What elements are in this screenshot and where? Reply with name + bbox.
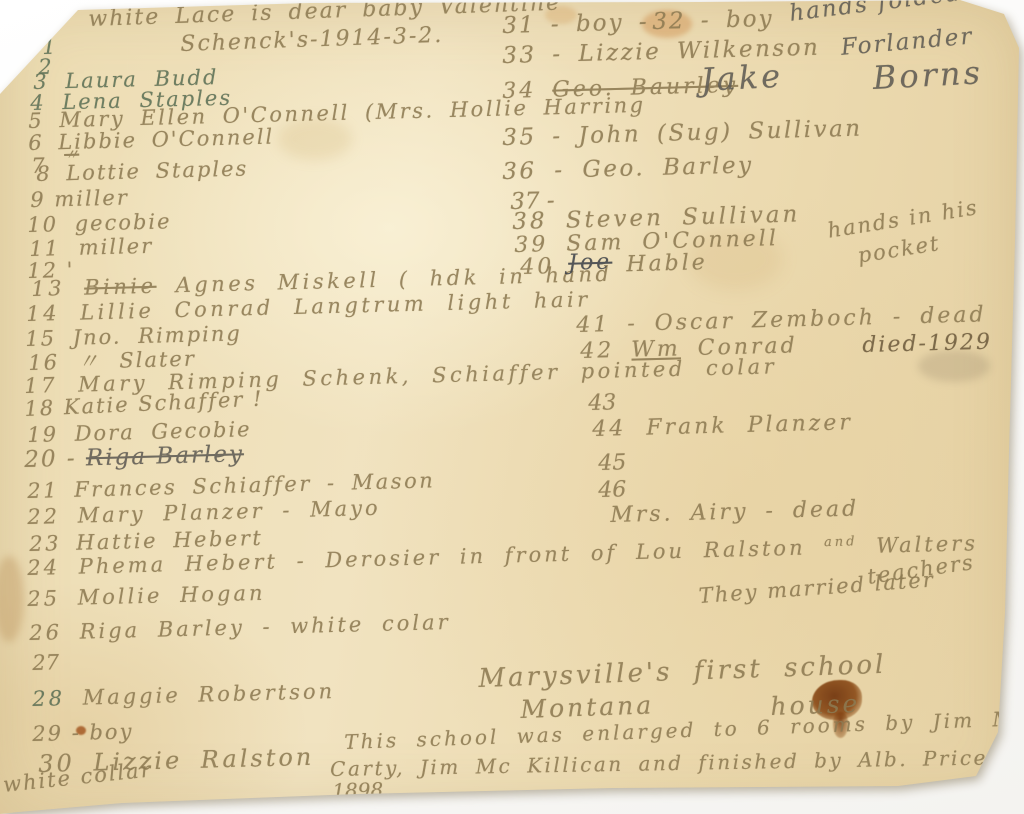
note-jake: Jake xyxy=(700,60,784,98)
note-died-1929: died-1929 xyxy=(862,331,992,357)
entry-45: 45 xyxy=(598,451,627,475)
handwriting-text: 11 miller xyxy=(29,234,154,261)
footnote-line-3: 1898. xyxy=(332,780,390,802)
entry-26: 26 Riga Barley - white colar xyxy=(29,611,451,644)
title-line-2-montana: Montana xyxy=(520,692,655,723)
handwriting-text: 45 xyxy=(598,450,627,476)
entry-36: 36 - Geo. Barley xyxy=(502,153,754,184)
handwriting-text: Joe xyxy=(568,250,613,276)
handwriting-text: Wm xyxy=(631,336,681,362)
entry-9: 9 miller xyxy=(30,186,129,211)
scan-background: white Lace is dear baby ValentineSchenck… xyxy=(0,0,1024,814)
handwriting-text: 31 - boy - xyxy=(502,9,649,39)
handwriting-text: and xyxy=(824,534,858,550)
handwriting-text: 15 Jno. Rimping xyxy=(25,321,242,351)
entry-43: 43 xyxy=(588,391,617,415)
entry-46: 46 xyxy=(598,478,627,502)
handwriting-text: 35 - John (Sug) Sullivan xyxy=(502,116,863,151)
handwriting-text: 27 xyxy=(32,650,59,675)
handwriting-text: 29 - boy xyxy=(32,719,134,746)
entry-29: 29 - boy xyxy=(32,720,134,745)
handwriting-text: 13 xyxy=(31,276,85,301)
handwriting-text: died-1929 xyxy=(862,330,992,358)
entry-35: 35 - John (Sug) Sullivan xyxy=(502,117,863,151)
handwriting-text: 46 xyxy=(598,477,627,503)
footnote-line-2: Carty, Jim Mc Killican and finished by A… xyxy=(330,747,1024,780)
entry-15: 15 Jno. Rimping xyxy=(25,322,242,350)
entry-25: 25 Mollie Hogan xyxy=(27,582,266,610)
handwriting-text: 34 xyxy=(502,78,553,104)
entry-28: 28 Maggie Robertson xyxy=(32,680,335,710)
stain xyxy=(0,556,24,642)
note-hands-in-his: hands in his xyxy=(826,196,980,242)
entry-10: 10 gecobie xyxy=(27,210,172,236)
entry-32: 32 - boy xyxy=(652,7,774,34)
handwriting-text: 43 xyxy=(588,390,617,416)
handwriting-text: 44 Frank Planzer xyxy=(592,410,853,442)
entry-42: 42 Wm Conrad xyxy=(580,334,798,363)
handwriting-text: Riga Barley xyxy=(86,441,245,471)
handwriting-text: 40 xyxy=(520,254,569,280)
handwriting-text: 25 Mollie Hogan xyxy=(27,581,266,611)
entry-8: 8 Lottie Staples xyxy=(36,157,249,185)
handwriting-text: hands folded xyxy=(788,0,964,27)
handwriting-text: 8 Lottie Staples xyxy=(36,156,249,186)
handwriting-text: Binie xyxy=(84,274,157,300)
handwriting-text: Hable xyxy=(612,250,708,277)
handwriting-text: Borns xyxy=(872,53,984,97)
entry-44: 44 Frank Planzer xyxy=(592,411,853,441)
handwriting-text: Marysville's first school xyxy=(478,650,887,694)
entry-31: 31 - boy - xyxy=(502,10,649,38)
caption-line-2: Schenck's-1914-3-2. xyxy=(180,24,444,56)
note-borns: Borns xyxy=(872,56,984,95)
entry-11: 11 miller xyxy=(29,235,153,260)
title-line-1: Marysville's first school xyxy=(478,652,887,694)
paper-shadow: white Lace is dear baby ValentineSchenck… xyxy=(0,0,1024,814)
note-hands-folded: hands folded xyxy=(788,0,964,26)
handwriting-text: Maggie Robertson xyxy=(65,679,336,710)
handwriting-text: 36 - Geo. Barley xyxy=(502,152,754,185)
handwriting-text: Schenck's-1914-3-2. xyxy=(180,23,444,57)
handwriting-text: 26 Riga Barley - white colar xyxy=(29,610,451,645)
handwriting-text: Mrs. Airy - dead xyxy=(610,496,859,528)
handwriting-text: 28 xyxy=(32,686,65,711)
entry-mrs-airy: Mrs. Airy - dead xyxy=(610,497,859,527)
handwriting-text: 32 - boy xyxy=(652,6,774,35)
note-pocket: pocket xyxy=(856,232,942,267)
handwriting-text: 20 - xyxy=(24,445,86,473)
handwriting-text: Conrad xyxy=(680,333,798,361)
note-white-collar: white collar xyxy=(2,758,154,796)
handwriting-text: 1898. xyxy=(332,778,390,803)
entry-40: 40 Joe Hable xyxy=(520,251,708,279)
handwriting-text: Jake xyxy=(700,57,784,99)
entry-20: 20 - Riga Barley xyxy=(24,442,244,472)
handwriting-text: 9 miller xyxy=(30,185,129,212)
paper: white Lace is dear baby ValentineSchenck… xyxy=(0,0,1024,814)
handwriting-text: 42 xyxy=(580,338,632,364)
entry-27: 27 xyxy=(32,651,59,674)
